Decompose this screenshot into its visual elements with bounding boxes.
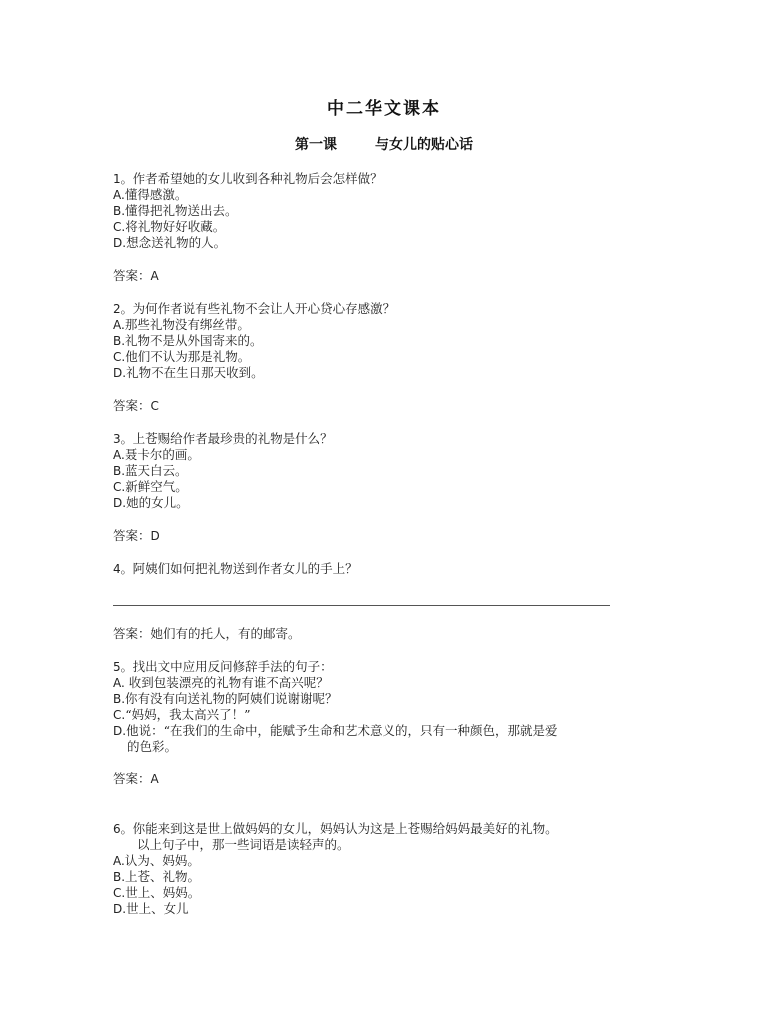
- question-6-option-a: A.认为、妈妈。: [113, 853, 200, 869]
- question-5-answer: 答案：A: [113, 771, 159, 787]
- question-2: 2。为何作者说有些礼物不会让人开心贷心存感激？: [113, 301, 395, 317]
- question-2-option-a: A.那些礼物没有绑丝带。: [113, 317, 250, 333]
- answer-blank-line: [113, 605, 610, 606]
- question-1-option-b: B.懂得把礼物送出去。: [113, 203, 238, 219]
- question-1-answer: 答案：A: [113, 268, 159, 284]
- question-3-option-d: D.她的女儿。: [113, 495, 189, 511]
- question-5-option-d-continued: 的色彩。: [127, 739, 177, 755]
- question-4: 4。阿姨们如何把礼物送到作者女儿的手上？: [113, 561, 358, 577]
- lesson-heading: 第一课与女儿的贴心话: [0, 134, 768, 154]
- question-5-option-a: A. 收到包装漂亮的礼物有谁不高兴呢？: [113, 675, 329, 691]
- question-3: 3。上苍赐给作者最珍贵的礼物是什么？: [113, 431, 333, 447]
- question-1-option-a: A.懂得感激。: [113, 187, 187, 203]
- question-6-option-c: C.世上、妈妈。: [113, 885, 200, 901]
- question-6-option-d: D.世上、女儿: [113, 901, 189, 917]
- question-5: 5。找出文中应用反问修辞手法的句子：: [113, 659, 333, 675]
- question-5-option-d: D.他说：“在我们的生命中，能赋予生命和艺术意义的，只有一种颜色，那就是爱: [113, 723, 557, 739]
- question-2-option-d: D.礼物不在生日那天收到。: [113, 365, 264, 381]
- lesson-title: 与女儿的贴心话: [375, 137, 473, 153]
- question-1-option-d: D.想念送礼物的人。: [113, 235, 226, 251]
- question-2-option-b: B.礼物不是从外国寄来的。: [113, 333, 263, 349]
- question-3-option-b: B.蓝天白云。: [113, 463, 188, 479]
- question-3-answer: 答案：D: [113, 528, 160, 544]
- question-6-option-b: B.上苍、礼物。: [113, 869, 200, 885]
- lesson-number: 第一课: [295, 137, 337, 153]
- document-title: 中二华文课本: [0, 94, 768, 119]
- question-3-option-a: A.聂卡尔的画。: [113, 447, 200, 463]
- question-5-option-c: C.“妈妈，我太高兴了！”: [113, 707, 250, 723]
- question-5-option-b: B.你有没有向送礼物的阿姨们说谢谢呢？: [113, 691, 338, 707]
- question-6: 6。你能来到这是世上做妈妈的女儿，妈妈认为这是上苍赐给妈妈最美好的礼物。: [113, 821, 558, 837]
- question-6-line-2: 以上句子中，那一些词语是读轻声的。: [137, 837, 350, 853]
- question-1: 1。作者希望她的女儿收到各种礼物后会怎样做？: [113, 171, 383, 187]
- question-1-option-c: C.将礼物好好收藏。: [113, 219, 225, 235]
- question-2-option-c: C.他们不认为那是礼物。: [113, 349, 250, 365]
- question-2-answer: 答案：C: [113, 398, 159, 414]
- question-4-answer: 答案：她们有的托人，有的邮寄。: [113, 626, 301, 642]
- document-page: 中二华文课本 第一课与女儿的贴心话 1。作者希望她的女儿收到各种礼物后会怎样做？…: [0, 0, 768, 1024]
- question-3-option-c: C.新鲜空气。: [113, 479, 188, 495]
